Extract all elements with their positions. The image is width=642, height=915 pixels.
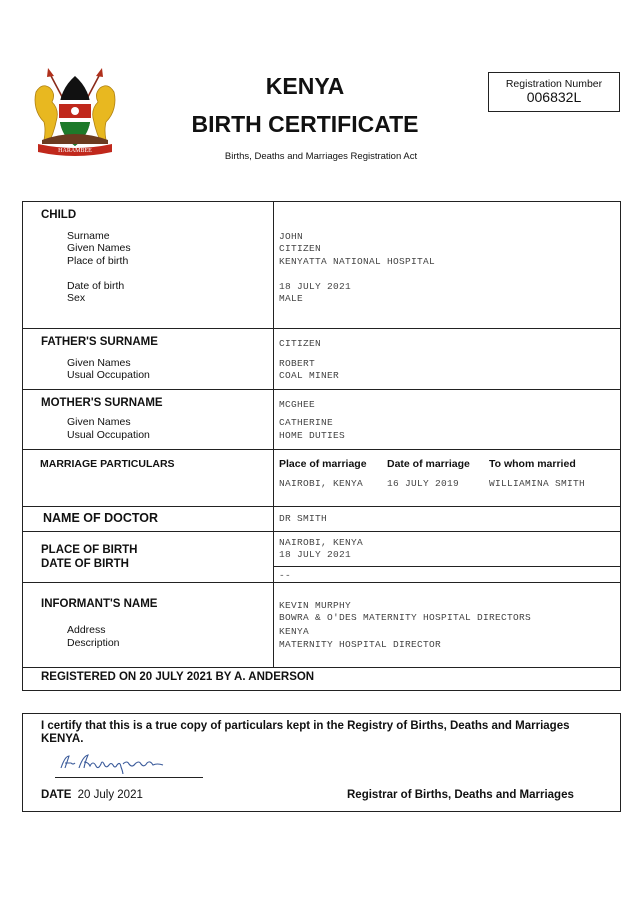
father-given-names-label: Given Names (67, 357, 131, 369)
column-divider (273, 202, 274, 667)
informant-address-value: KENYA (279, 626, 309, 637)
child-date-of-birth-label: Date of birth (67, 280, 124, 292)
registered-statement: REGISTERED ON 20 JULY 2021 BY A. ANDERSO… (41, 671, 314, 683)
child-given-names-value: CITIZEN (279, 243, 321, 254)
row-divider (23, 449, 620, 450)
certification-text: I certify that this is a true copy of pa… (41, 720, 611, 746)
child-heading: CHILD (41, 209, 76, 221)
registrar-title: Registrar of Births, Deaths and Marriage… (347, 789, 574, 801)
child-place-of-birth-label: Place of birth (67, 255, 128, 267)
mother-occupation-value: HOME DUTIES (279, 430, 345, 441)
row-divider (23, 531, 620, 532)
place-of-birth-heading: PLACE OF BIRTH (41, 544, 137, 556)
row-divider (23, 389, 620, 390)
place-of-birth-value: NAIROBI, KENYA (279, 537, 363, 548)
child-surname-value: JOHN (279, 231, 303, 242)
informant-line2-value: BOWRA & O'DES MATERNITY HOSPITAL DIRECTO… (279, 612, 531, 623)
country-title: KENYA (180, 73, 430, 100)
informant-name-heading: INFORMANT'S NAME (41, 598, 157, 610)
birth-details-table: CHILD Surname Given Names Place of birth… (22, 201, 621, 691)
svg-text:HARAMBEE: HARAMBEE (58, 148, 92, 154)
mother-surname-heading: MOTHER'S SURNAME (41, 397, 163, 409)
date-of-birth-value: 18 JULY 2021 (279, 549, 351, 560)
father-surname-heading: FATHER'S SURNAME (41, 336, 158, 348)
mother-given-names-label: Given Names (67, 416, 131, 428)
row-divider (23, 328, 620, 329)
father-given-names-value: ROBERT (279, 358, 315, 369)
informant-name-value: KEVIN MURPHY (279, 600, 351, 611)
certification-box: I certify that this is a true copy of pa… (22, 713, 621, 812)
row-divider (273, 566, 620, 567)
date-label: DATE (41, 789, 71, 801)
registration-number-box: Registration Number 006832L (488, 72, 620, 112)
informant-address-label: Address (67, 624, 106, 636)
child-given-names-label: Given Names (67, 242, 131, 254)
mother-occupation-label: Usual Occupation (67, 429, 150, 441)
row-divider (23, 582, 620, 583)
birth-extra-value: -- (279, 570, 291, 581)
name-of-doctor-heading: NAME OF DOCTOR (43, 511, 158, 525)
date-of-marriage-value: 16 JULY 2019 (387, 478, 459, 489)
to-whom-married-label: To whom married (489, 458, 576, 470)
registrar-signature (57, 750, 187, 779)
act-subtitle: Births, Deaths and Marriages Registratio… (180, 151, 462, 162)
mother-surname-value: MCGHEE (279, 399, 315, 410)
signature-line (55, 777, 203, 778)
child-sex-value: MALE (279, 293, 303, 304)
document-title: BIRTH CERTIFICATE (170, 111, 440, 138)
to-whom-married-value: WILLIAMINA SMITH (489, 478, 585, 489)
child-date-of-birth-value: 18 JULY 2021 (279, 281, 351, 292)
father-occupation-value: COAL MINER (279, 370, 339, 381)
row-divider (23, 667, 620, 668)
name-of-doctor-value: DR SMITH (279, 513, 327, 524)
marriage-particulars-heading: MARRIAGE PARTICULARS (40, 458, 175, 470)
place-of-marriage-label: Place of marriage (279, 458, 367, 470)
child-sex-label: Sex (67, 292, 85, 304)
informant-description-value: MATERNITY HOSPITAL DIRECTOR (279, 639, 441, 650)
kenya-coat-of-arms-icon: HARAMBEE (28, 64, 122, 156)
child-surname-label: Surname (67, 230, 110, 242)
place-of-marriage-value: NAIROBI, KENYA (279, 478, 363, 489)
date-value: 20 July 2021 (78, 789, 143, 801)
father-surname-value: CITIZEN (279, 338, 321, 349)
mother-given-names-value: CATHERINE (279, 417, 333, 428)
child-place-of-birth-value: KENYATTA NATIONAL HOSPITAL (279, 256, 435, 267)
registration-number-value: 006832L (489, 90, 619, 105)
father-occupation-label: Usual Occupation (67, 369, 150, 381)
row-divider (23, 506, 620, 507)
informant-description-label: Description (67, 637, 120, 649)
date-of-birth-heading: DATE OF BIRTH (41, 558, 129, 570)
date-of-marriage-label: Date of marriage (387, 458, 470, 470)
certification-date: DATE 20 July 2021 (41, 789, 143, 801)
